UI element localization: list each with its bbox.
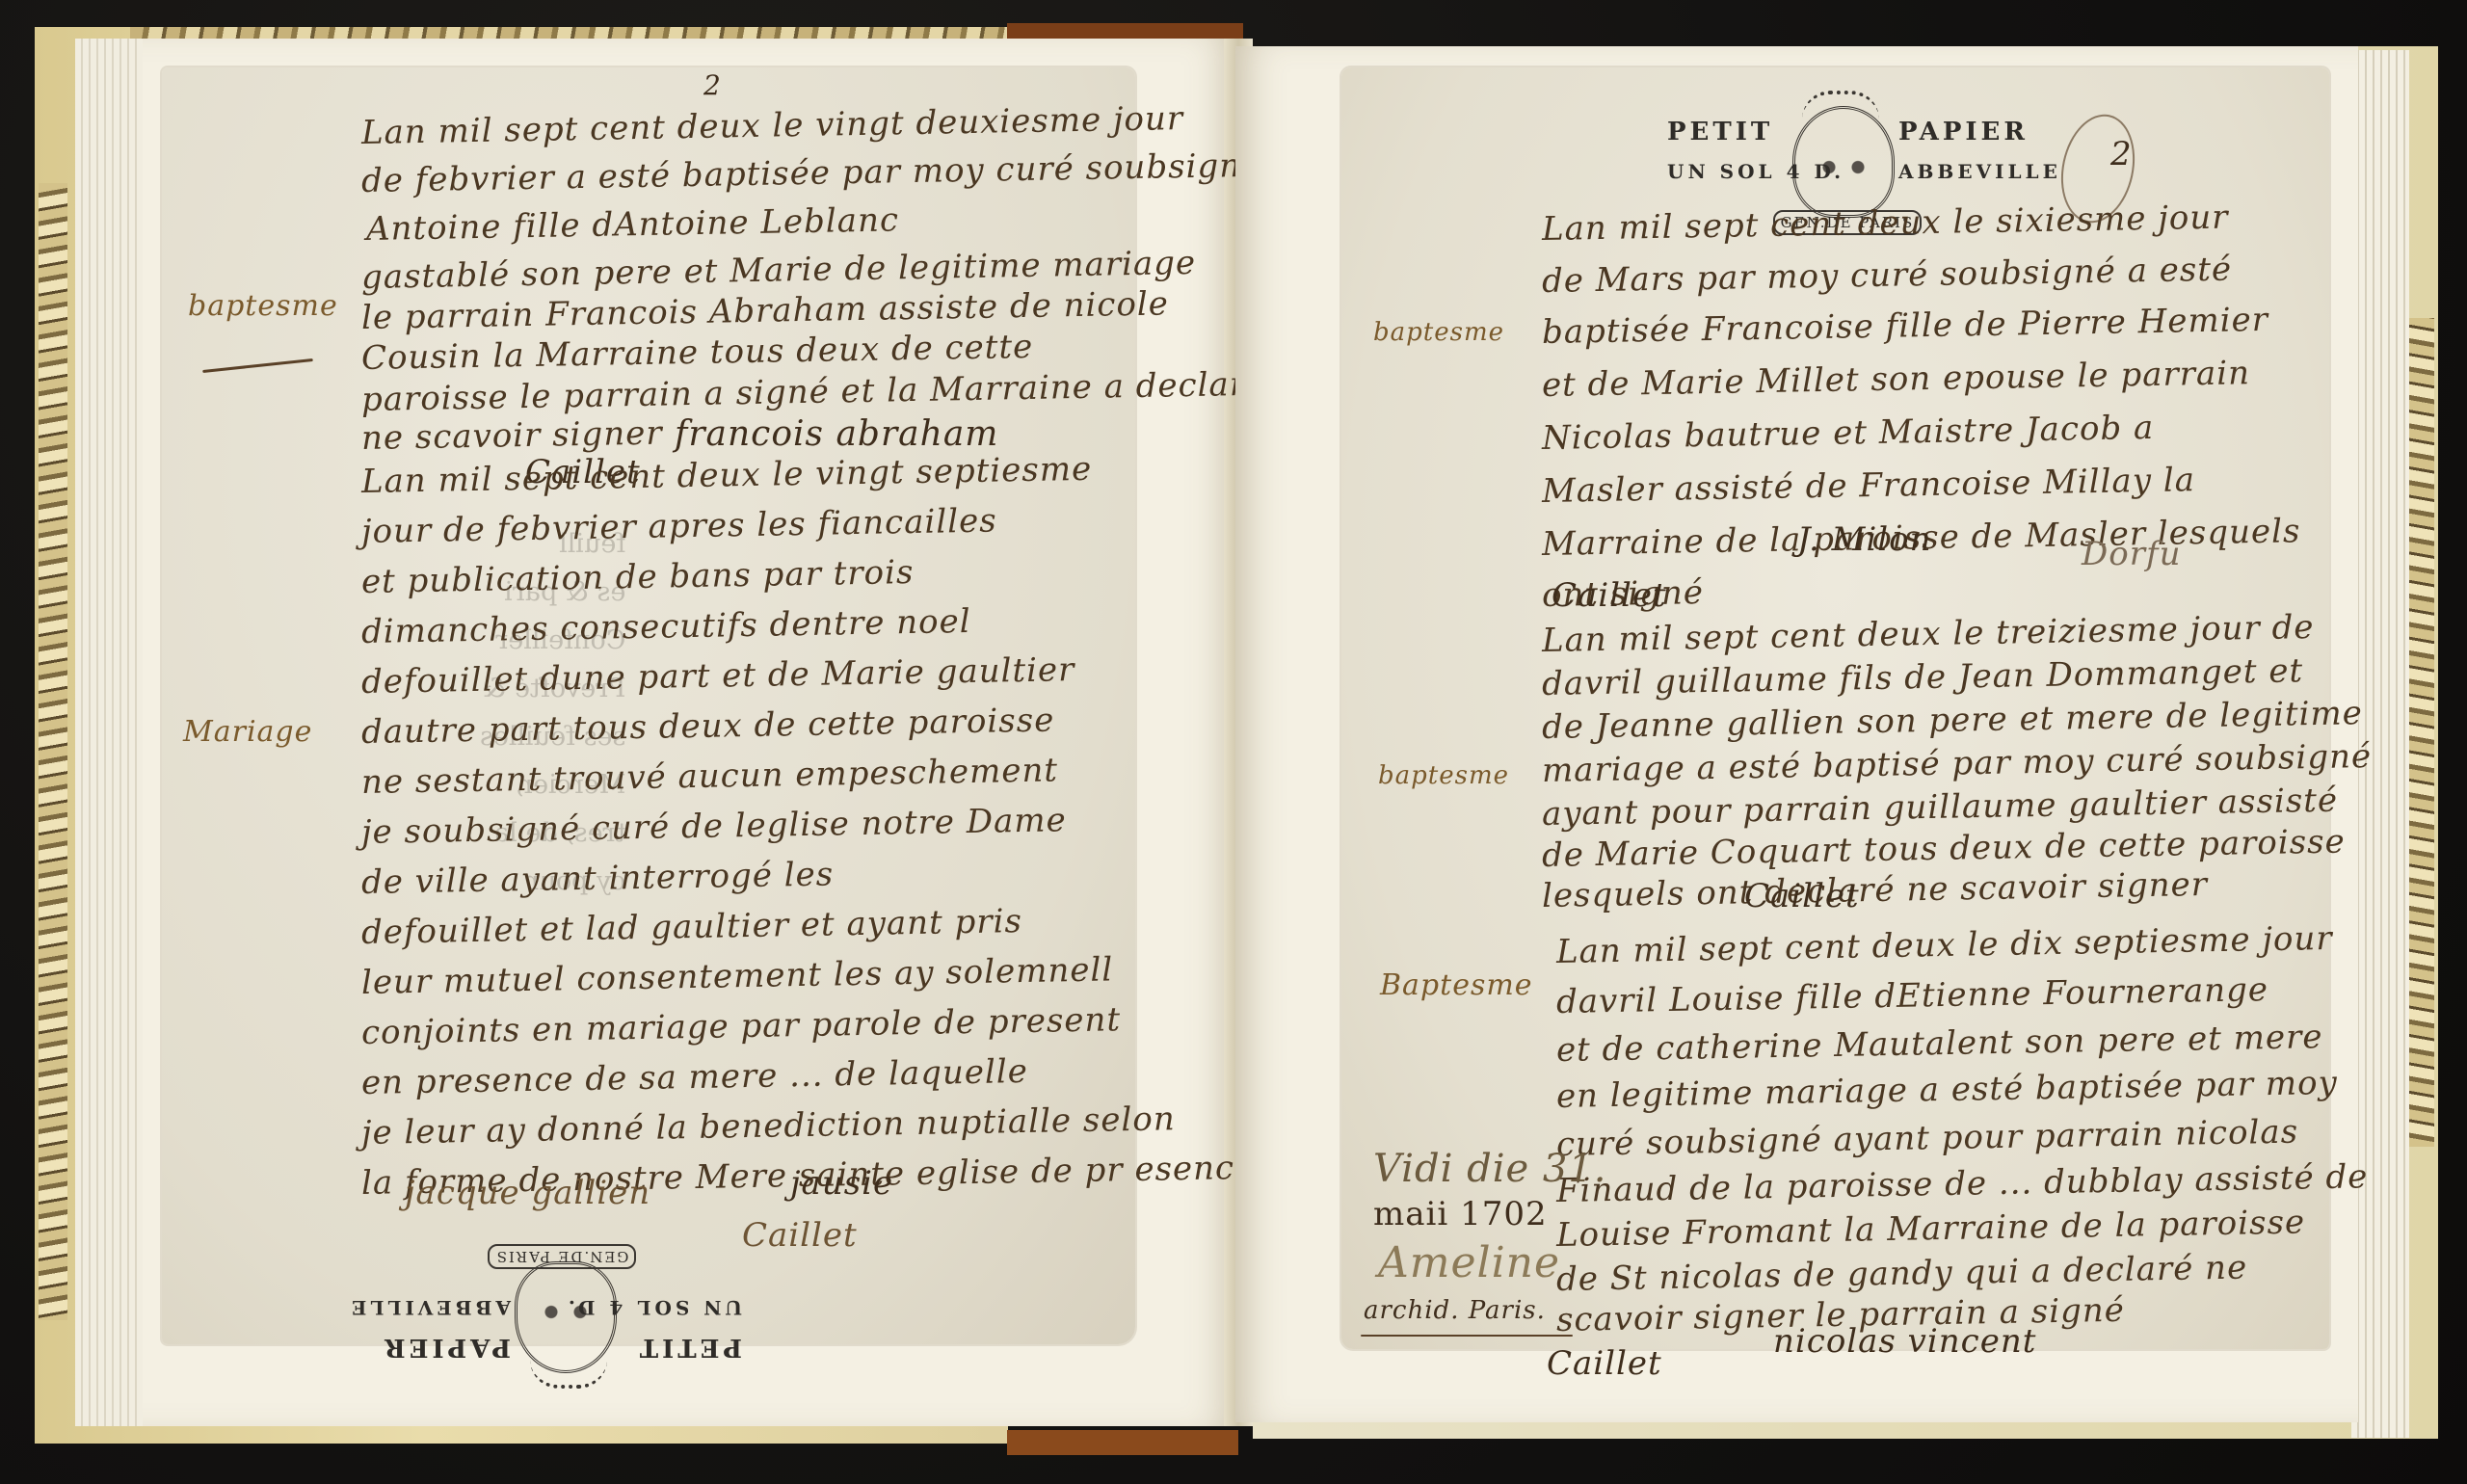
tax-stamp-left: PETIT PAPIER UN SOL 4 D. ABBEVILLE GEN.D… — [395, 1238, 742, 1383]
marbled-endpaper-left — [39, 183, 67, 1320]
signature: jacque gallien — [405, 1174, 650, 1212]
margin-note-mariage: Mariage — [183, 715, 312, 749]
marbled-endpaper-right — [2405, 318, 2434, 1147]
signature: nicolas vincent — [1773, 1322, 2036, 1361]
stamp-text: PETIT — [1667, 118, 1773, 146]
stamp-ribbon: GEN.DE PARIS — [488, 1244, 636, 1269]
margin-note-baptesme: Baptesme — [1380, 968, 1533, 1002]
record-line: de ville ayant interrogé les — [361, 855, 835, 902]
visa-underline — [1361, 1335, 1573, 1337]
margin-note-baptesme: baptesme — [1373, 318, 1504, 347]
signature: J. Milon — [1797, 520, 1932, 559]
margin-note-baptesme: baptesme — [188, 289, 338, 323]
visa-line: Vidi die 31. — [1373, 1147, 1607, 1191]
margin-note-baptesme: baptesme — [1378, 761, 1509, 790]
signature: Caillet — [1552, 576, 1667, 615]
stamp-text: PAPIER — [381, 1333, 511, 1362]
signature: Caillet — [1744, 877, 1860, 915]
signature: Dorfu — [2082, 535, 2181, 573]
stamp-text: UN SOL 4 D. — [1667, 160, 1844, 183]
stamp-text: PETIT — [636, 1333, 742, 1362]
visa-line: maii 1702 — [1373, 1195, 1548, 1233]
folio-mark-right: 2 — [2110, 135, 2132, 173]
visa-line: archid. Paris. — [1364, 1296, 1546, 1325]
leather-spine-bottom — [1007, 1430, 1238, 1455]
stamp-text: UN SOL 4 D. — [565, 1296, 742, 1319]
signature: Caillet — [742, 1216, 858, 1255]
stamp-text: PAPIER — [1898, 118, 2029, 146]
signature: francois abraham — [675, 414, 998, 454]
stamp-text: ABBEVILLE — [348, 1296, 511, 1319]
signature: jausie — [790, 1164, 893, 1203]
folio-mark-left: 2 — [703, 69, 721, 101]
signature: Caillet — [1547, 1344, 1662, 1383]
stamp-text: ABBEVILLE — [1898, 160, 2061, 183]
page-stack-left — [75, 39, 152, 1426]
record-line: ne scavoir signer — [361, 414, 663, 458]
visa-line: Ameline — [1378, 1238, 1560, 1287]
